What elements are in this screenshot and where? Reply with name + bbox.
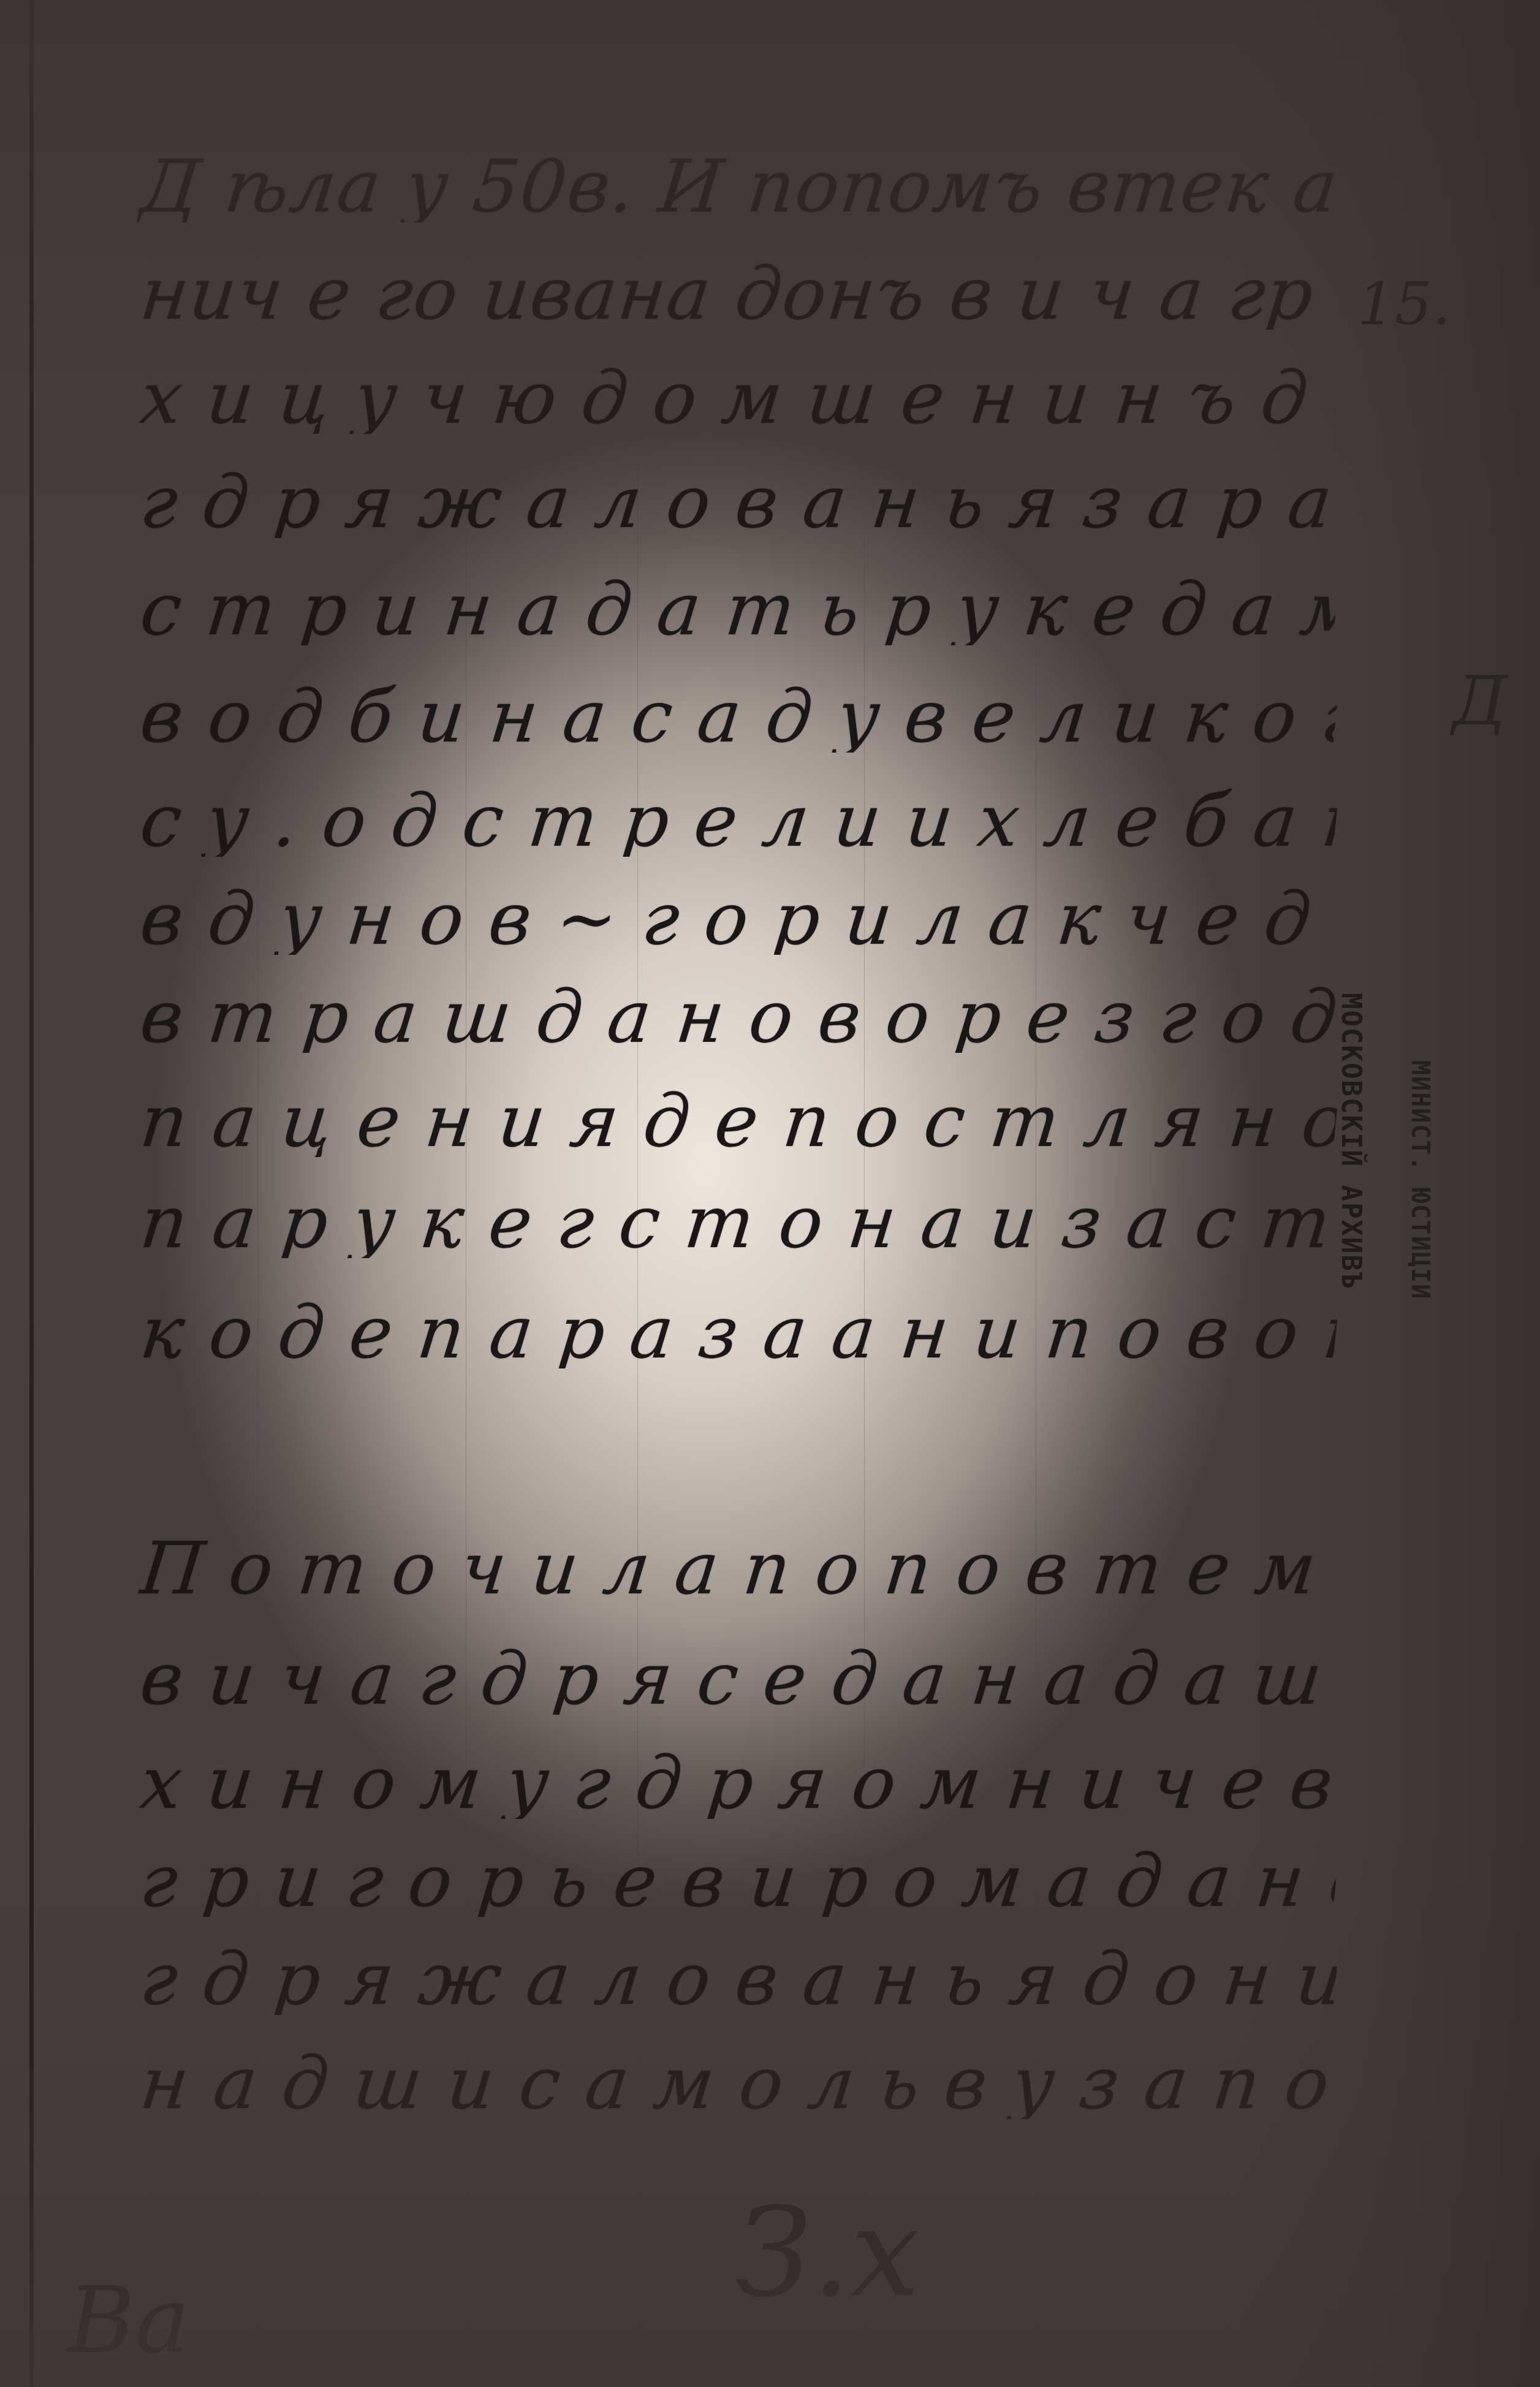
manuscript-line: х и н о м у г д р я о м н и ч е в о в о …: [137, 1747, 1340, 1819]
manuscript-line: в д у н о в ~ г о р и л а к ч е д и н а …: [137, 882, 1340, 955]
binding-edge: [29, 0, 34, 2387]
manuscript-line: с т р и н а д а т ь р у к е д а м р а н …: [137, 573, 1340, 645]
manuscript-line: с у . о д с т р е л и и х л е б а к с т …: [137, 784, 1340, 857]
bottom-center-mark: З.х: [735, 2182, 920, 2324]
manuscript-line: п а р у к е г с т о н а и з а с т о л ь …: [137, 1186, 1340, 1258]
manuscript-line: в о д б и н а с а д у в е л и к о г о г …: [137, 680, 1340, 753]
stamp-line-ministry: МИНИСТ. ЮСТИЦІИ: [1406, 1060, 1434, 1300]
manuscript-line: г р и г о р ь е в и р о м а д а н о ш о …: [137, 1845, 1340, 1917]
folio-number: 15.: [1357, 270, 1451, 338]
manuscript-line: в и ч а г д р я с е д а н а д а ш е н а …: [137, 1642, 1340, 1715]
manuscript-line: х и ц у ч ю д о м ш е н и н ъ д е ш и е …: [137, 362, 1340, 434]
bottom-left-mark: Ва: [67, 2267, 190, 2374]
manuscript-line: П о т о ч и л а п о п о в т е м н и ч е …: [137, 1532, 1340, 1604]
manuscript-line: в т р а ш д а н о в о р е з г о д о і в …: [137, 981, 1340, 1053]
stamp-line-archive: МОСКОВСКІЙ АРХИВЪ: [1335, 993, 1367, 1289]
manuscript-line: н а д ш и с а м о л ь в у з а п о л о н …: [137, 2047, 1340, 2119]
manuscript-line: г д р я ж а л о в а н ь я д о н и ш о м …: [137, 1943, 1340, 2015]
manuscript-line: Д ѣла у 50в. И попомъ втек а ч е л о с т…: [137, 150, 1340, 222]
manuscript-line: г д р я ж а л о в а н ь я з а р а н и з …: [137, 466, 1340, 538]
manuscript-line: к о д е п а р а з а а н и п о в о н а в …: [137, 1296, 1340, 1368]
manuscript-line: нич е го ивана донъ в и ч а гр е в в л а…: [137, 257, 1340, 330]
manuscript-line: п а ц е н и я д е п о с т л я н о ч е р …: [137, 1085, 1340, 1157]
manuscript-page: 15. Д Д ѣла у 50в. И попомъ втек а ч е л…: [0, 0, 1540, 2387]
archive-stamp: МОСКОВСКІЙ АРХИВЪ МИНИСТ. ЮСТИЦІИ: [1293, 993, 1452, 1385]
margin-mark: Д: [1452, 662, 1507, 740]
